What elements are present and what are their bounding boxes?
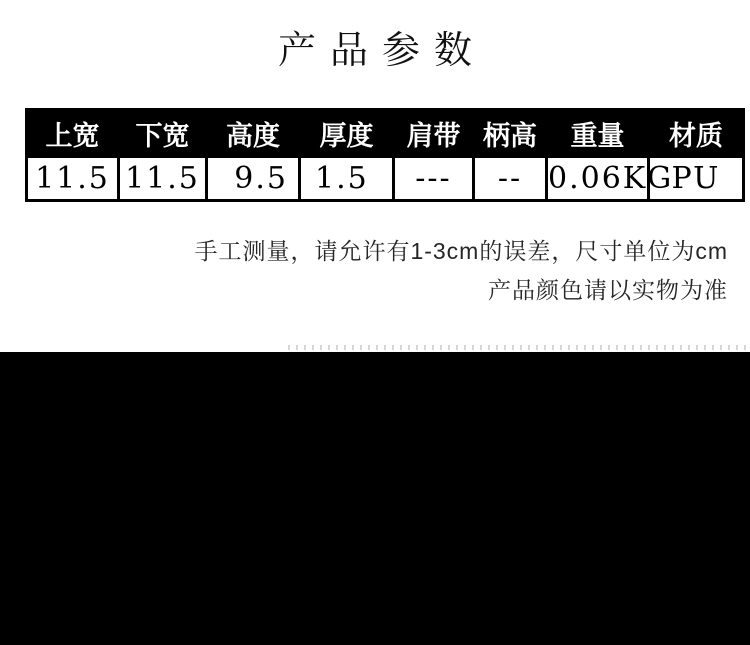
header-cell-weight: 重量 — [547, 110, 649, 157]
page-title: 产品参数 — [0, 28, 750, 74]
value-cell-handle: -- — [474, 157, 547, 201]
parameters-table: 上宽 下宽 高度 厚度 肩带 柄高 重量 材质 11.5 11.5 9.5 1.… — [25, 108, 745, 202]
disclaimer-line-measurement: 手工测量，请允许有1-3cm的误差，尺寸单位为cm — [194, 232, 728, 271]
header-cell-height: 高度 — [207, 110, 300, 157]
header-cell-thickness: 厚度 — [300, 110, 394, 157]
black-image-region — [0, 352, 750, 645]
disclaimer-notes: 手工测量，请允许有1-3cm的误差，尺寸单位为cm 产品颜色请以实物为准 — [194, 232, 728, 310]
value-cell-bottom-width: 11.5 — [119, 157, 207, 201]
value-cell-thickness: 1.5 — [300, 157, 394, 201]
table-value-row: 11.5 11.5 9.5 1.5 --- -- 0.06KG PU — [27, 157, 744, 201]
value-cell-strap: --- — [394, 157, 474, 201]
product-parameters-page: 产品参数 上宽 下宽 高度 厚度 肩带 柄高 重量 材质 — [0, 0, 750, 645]
table-header-row: 上宽 下宽 高度 厚度 肩带 柄高 重量 材质 — [27, 110, 744, 157]
header-cell-strap: 肩带 — [394, 110, 474, 157]
header-cell-top-width: 上宽 — [27, 110, 119, 157]
value-cell-height: 9.5 — [207, 157, 300, 201]
header-cell-handle: 柄高 — [474, 110, 547, 157]
header-cell-material: 材质 — [649, 110, 744, 157]
parameters-table-wrap: 上宽 下宽 高度 厚度 肩带 柄高 重量 材质 11.5 11.5 9.5 1.… — [25, 108, 745, 202]
value-cell-weight: 0.06KG — [547, 157, 649, 201]
disclaimer-line-color: 产品颜色请以实物为准 — [194, 271, 728, 310]
dotted-texture — [288, 345, 750, 350]
header-cell-bottom-width: 下宽 — [119, 110, 207, 157]
value-cell-top-width: 11.5 — [27, 157, 119, 201]
